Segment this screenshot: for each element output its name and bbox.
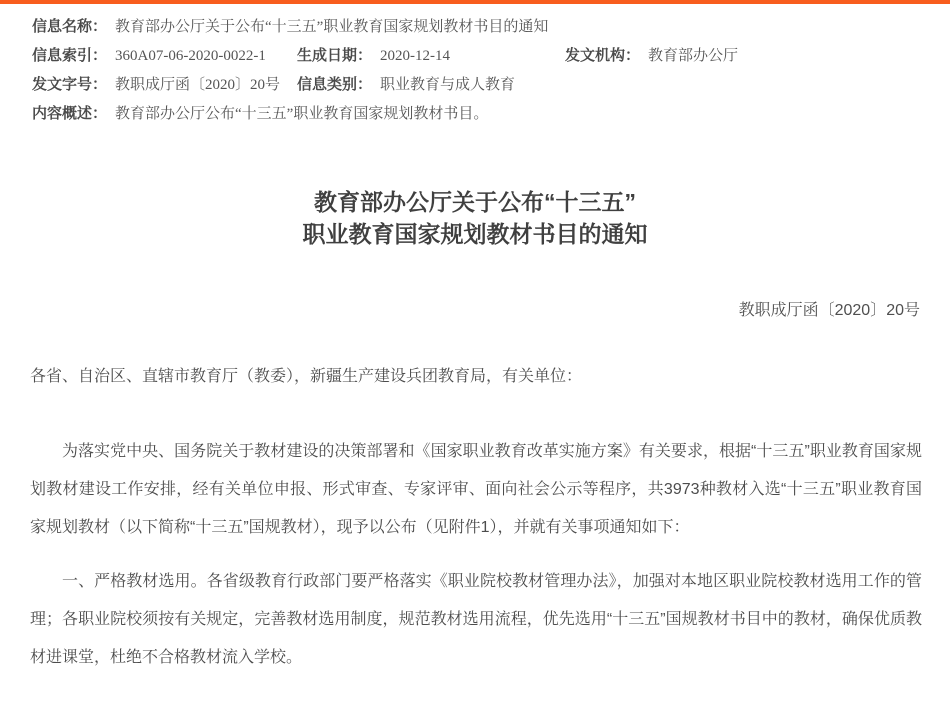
meta-row-docno-category: 发文字号： 教职成厅函〔2020〕20号 信息类别： 职业教育与成人教育 bbox=[32, 75, 922, 95]
meta-label-docno: 发文字号： bbox=[32, 75, 107, 95]
meta-value-name: 教育部办公厅关于公布“十三五”职业教育国家规划教材书目的通知 bbox=[115, 17, 548, 37]
meta-label-category: 信息类别： bbox=[297, 75, 372, 95]
meta-cell-index: 信息索引： 360A07-06-2020-0022-1 bbox=[32, 46, 297, 66]
meta-label-name: 信息名称： bbox=[32, 17, 107, 37]
meta-value-docno: 教职成厅函〔2020〕20号 bbox=[115, 75, 280, 95]
meta-row-name: 信息名称： 教育部办公厅关于公布“十三五”职业教育国家规划教材书目的通知 bbox=[32, 17, 922, 37]
document-title-line1: 教育部办公厅关于公布“十三五” bbox=[0, 186, 950, 218]
document-title-line2: 职业教育国家规划教材书目的通知 bbox=[0, 218, 950, 250]
meta-cell-org: 发文机构： 教育部办公厅 bbox=[565, 46, 922, 66]
meta-value-index: 360A07-06-2020-0022-1 bbox=[115, 46, 266, 66]
meta-row-index-date-org: 信息索引： 360A07-06-2020-0022-1 生成日期： 2020-1… bbox=[32, 46, 922, 66]
meta-label-org: 发文机构： bbox=[565, 46, 640, 66]
document-number: 教职成厅函〔2020〕20号 bbox=[0, 300, 950, 322]
meta-value-org: 教育部办公厅 bbox=[648, 46, 738, 66]
meta-label-date: 生成日期： bbox=[297, 46, 372, 66]
salutation-line: 各省、自治区、直辖市教育厅（教委），新疆生产建设兵团教育局，有关单位： bbox=[30, 358, 922, 396]
meta-label-index: 信息索引： bbox=[32, 46, 107, 66]
document-body: 各省、自治区、直辖市教育厅（教委），新疆生产建设兵团教育局，有关单位： 为落实党… bbox=[0, 358, 950, 677]
meta-cell-date: 生成日期： 2020-12-14 bbox=[297, 46, 565, 66]
meta-value-summary: 教育部办公厅公布“十三五”职业教育国家规划教材书目。 bbox=[115, 104, 488, 124]
meta-cell-docno: 发文字号： 教职成厅函〔2020〕20号 bbox=[32, 75, 297, 95]
meta-label-summary: 内容概述： bbox=[32, 104, 107, 124]
meta-row-summary: 内容概述： 教育部办公厅公布“十三五”职业教育国家规划教材书目。 bbox=[32, 104, 922, 124]
meta-cell-category: 信息类别： 职业教育与成人教育 bbox=[297, 75, 922, 95]
body-paragraph-1: 为落实党中央、国务院关于教材建设的决策部署和《国家职业教育改革实施方案》有关要求… bbox=[30, 433, 922, 547]
meta-value-date: 2020-12-14 bbox=[380, 46, 450, 66]
body-paragraph-2: 一、严格教材选用。各省级教育行政部门要严格落实《职业院校教材管理办法》，加强对本… bbox=[30, 563, 922, 677]
document-title: 教育部办公厅关于公布“十三五” 职业教育国家规划教材书目的通知 bbox=[0, 186, 950, 250]
meta-cell-summary: 内容概述： 教育部办公厅公布“十三五”职业教育国家规划教材书目。 bbox=[32, 104, 922, 124]
meta-cell-name: 信息名称： 教育部办公厅关于公布“十三五”职业教育国家规划教材书目的通知 bbox=[32, 17, 922, 37]
meta-value-category: 职业教育与成人教育 bbox=[380, 75, 515, 95]
document-meta-table: 信息名称： 教育部办公厅关于公布“十三五”职业教育国家规划教材书目的通知 信息索… bbox=[0, 4, 950, 124]
